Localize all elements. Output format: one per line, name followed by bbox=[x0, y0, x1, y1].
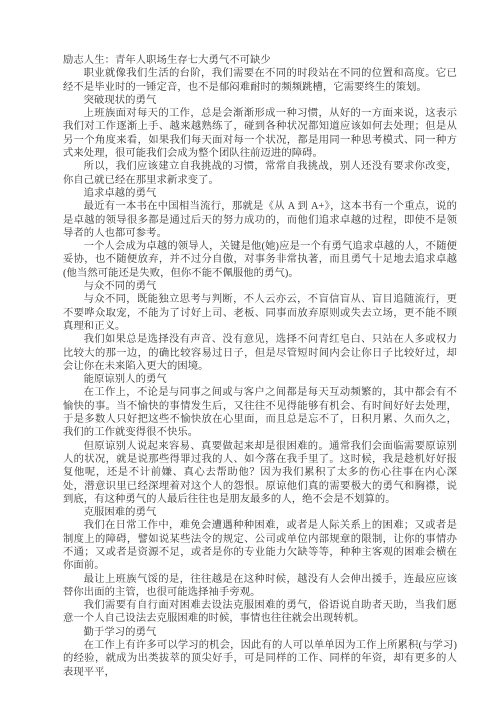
paragraph: 上班族面对每天的工作，总是会渐渐形成一种习惯，从好的一方面来说，这表示我们对工作… bbox=[63, 107, 457, 160]
document-title: 励志人生：青年人职场生存七大勇气不可缺少 bbox=[63, 54, 457, 67]
paragraph: 我们在日常工作中，难免会遭遇种种困难，或者是人际关系上的困难；又或者是制度上的障… bbox=[63, 519, 457, 572]
paragraph: 最近有一本书在中国相当流行，那就是《从 A 到 A+》，这本书有一个重点，说的是… bbox=[63, 200, 457, 240]
paragraph: 我们如果总是选择没有声音、没有意见，选择不问青红皂白、只站在人多或权力比较大的那… bbox=[63, 333, 457, 373]
section-heading: 突破现状的勇气 bbox=[63, 94, 457, 107]
paragraph: 在工作上，不论是与同事之间或与客户之间都是每天互动频繁的，其中都会有不愉快的事。… bbox=[63, 386, 457, 439]
section-heading: 与众不同的勇气 bbox=[63, 280, 457, 293]
section-heading: 勤于学习的勇气 bbox=[63, 626, 457, 639]
paragraph: 最让上班族气馁的是，往往越是在这种时候，越没有人会伸出援手，连最应应该替你出面的… bbox=[63, 573, 457, 600]
section-heading: 追求卓越的勇气 bbox=[63, 187, 457, 200]
paragraph: 职业就像我们生活的台阶，我们需要在不同的时段站在不同的位置和高度。它已经不是毕业… bbox=[63, 67, 457, 94]
paragraph: 但原谅别人说起来容易、真要做起来却是很困难的。通常我们会面临需要原谅别人的状况，… bbox=[63, 440, 457, 506]
document-body: 励志人生：青年人职场生存七大勇气不可缺少 职业就像我们生活的台阶，我们需要在不同… bbox=[63, 54, 457, 679]
section-heading: 能原谅别人的勇气 bbox=[63, 373, 457, 386]
paragraph: 在工作上有许多可以学习的机会，因此有的人可以单单因为工作上所累积(与学习)的经验… bbox=[63, 639, 457, 679]
paragraph: 我们需要有自行面对困难去设法克服困难的勇气，俗语说自助者天助，当我们愿意一个人自… bbox=[63, 599, 457, 626]
paragraph: 一个人会成为卓越的领导人，关键是他(她)应是一个有勇气追求卓越的人，不随便妥协，… bbox=[63, 240, 457, 280]
paragraph: 所以，我们应该建立自我挑战的习惯，常常自我挑战，别人还没有要求你改变，你自己就已… bbox=[63, 160, 457, 187]
document-page: 励志人生：青年人职场生存七大勇气不可缺少 职业就像我们生活的台阶，我们需要在不同… bbox=[0, 0, 496, 702]
section-heading: 克服困难的勇气 bbox=[63, 506, 457, 519]
paragraph: 与众不同，既能独立思考与判断，不人云亦云，不盲信盲从、盲目追随流行，更不要哗众取… bbox=[63, 293, 457, 333]
